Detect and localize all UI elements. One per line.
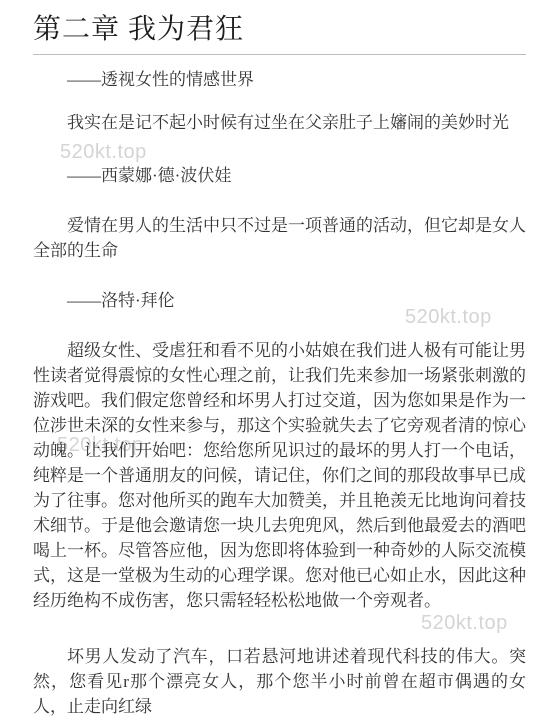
body-paragraph: 坏男人发动了汽车，口若悬河地讲述着现代科技的伟大。突然，您看见r那个漂亮女人，那… xyxy=(33,644,526,719)
body-paragraph: 超级女性、受虐狂和看不见的小姑娘在我们进人极有可能让男性读者觉得震惊的女性心理之… xyxy=(33,338,526,613)
chapter-subtitle: ——透视女性的情感世界 xyxy=(33,67,526,92)
epigraph-quote: 我实在是记不起小时候有过坐在父亲肚子上嬸闹的美妙时光 xyxy=(33,110,526,135)
chapter-title: 第二章 我为君狂 xyxy=(33,12,526,55)
epigraph-attribution: ——洛特·拜伦 xyxy=(33,288,526,313)
book-page: 520kt.top 520kt.top 520kt.top 520kt.top … xyxy=(0,0,550,724)
epigraph-quote: 爱情在男人的生活中只不过是一项普通的活动，但它却是女人全部的生命 xyxy=(33,213,526,263)
page-content: 第二章 我为君狂 ——透视女性的情感世界 我实在是记不起小时候有过坐在父亲肚子上… xyxy=(0,0,550,719)
epigraph-attribution: ——西蒙娜·德·波伏娃 xyxy=(33,163,526,188)
